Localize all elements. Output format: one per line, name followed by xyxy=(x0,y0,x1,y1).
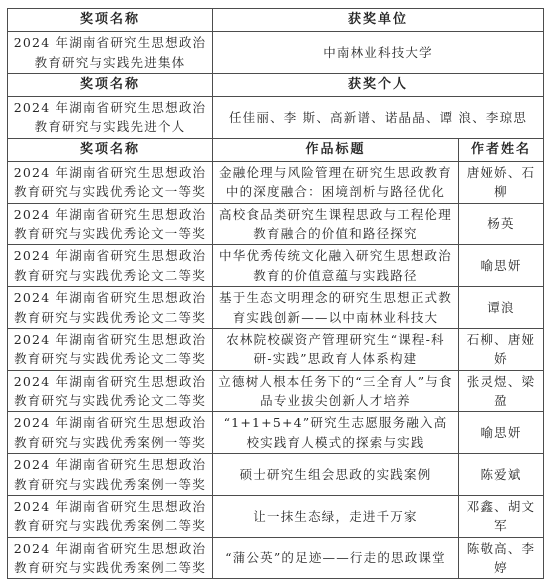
individual-award-name-cell: 2024 年湖南省研究生思想政治教育研究与实践先进个人 xyxy=(8,97,213,139)
work-title-cell: 中华优秀传统文化融入研究生思想政治教育的价值意蕴与实践路径 xyxy=(213,245,459,287)
work-authors-cell: 喻思妍 xyxy=(459,245,544,287)
works-header-work-title: 作品标题 xyxy=(213,138,459,161)
work-row: 2024 年湖南省研究生思想政治教育研究与实践优秀案例二等奖 让一抹生态绿，走进… xyxy=(8,495,544,537)
work-row: 2024 年湖南省研究生思想政治教育研究与实践优秀案例一等奖 硕士研究生组会思政… xyxy=(8,454,544,496)
work-authors-cell: 石柳、唐娅娇 xyxy=(459,328,544,370)
work-title-cell: 让一抹生态绿，走进千万家 xyxy=(213,495,459,537)
work-row: 2024 年湖南省研究生思想政治教育研究与实践优秀论文二等奖 立德树人根本任务下… xyxy=(8,370,544,412)
work-row: 2024 年湖南省研究生思想政治教育研究与实践优秀案例二等奖 “蒲公英”的足迹—… xyxy=(8,537,544,579)
unit-award-name-cell: 2024 年湖南省研究生思想政治教育研究与实践先进集体 xyxy=(8,32,213,74)
work-award-cell: 2024 年湖南省研究生思想政治教育研究与实践优秀论文二等奖 xyxy=(8,245,213,287)
unit-header-award-name: 奖项名称 xyxy=(8,9,213,32)
work-title-cell: 立德树人根本任务下的“三全育人”与食品专业拔尖创新人才培养 xyxy=(213,370,459,412)
work-award-cell: 2024 年湖南省研究生思想政治教育研究与实践优秀论文一等奖 xyxy=(8,161,213,203)
work-award-cell: 2024 年湖南省研究生思想政治教育研究与实践优秀案例二等奖 xyxy=(8,537,213,579)
work-authors-cell: 邓鑫、胡文军 xyxy=(459,495,544,537)
unit-winner-cell: 中南林业科技大学 xyxy=(213,32,544,74)
work-title-cell: “蒲公英”的足迹——行走的思政课堂 xyxy=(213,537,459,579)
work-title-cell: “1+1+5+4”研究生志愿服务融入高校实践育人模式的探索与实践 xyxy=(213,412,459,454)
awards-table: 奖项名称 获奖单位 2024 年湖南省研究生思想政治教育研究与实践先进集体 中南… xyxy=(7,8,544,579)
work-title-cell: 基于生态文明理念的研究生思想正式教育实践创新——以中南林业科技大 xyxy=(213,287,459,329)
work-title-cell: 硕士研究生组会思政的实践案例 xyxy=(213,454,459,496)
work-authors-cell: 喻思妍 xyxy=(459,412,544,454)
work-award-cell: 2024 年湖南省研究生思想政治教育研究与实践优秀论文二等奖 xyxy=(8,370,213,412)
work-award-cell: 2024 年湖南省研究生思想政治教育研究与实践优秀论文二等奖 xyxy=(8,328,213,370)
work-award-cell: 2024 年湖南省研究生思想政治教育研究与实践优秀案例一等奖 xyxy=(8,412,213,454)
unit-section-header-row: 奖项名称 获奖单位 xyxy=(8,9,544,32)
work-title-cell: 高校食品类研究生课程思政与工程伦理教育融合的价值和路径探究 xyxy=(213,203,459,245)
work-award-cell: 2024 年湖南省研究生思想政治教育研究与实践优秀案例二等奖 xyxy=(8,495,213,537)
works-header-authors: 作者姓名 xyxy=(459,138,544,161)
document-page: 奖项名称 获奖单位 2024 年湖南省研究生思想政治教育研究与实践先进集体 中南… xyxy=(0,0,550,588)
works-header-award-name: 奖项名称 xyxy=(8,138,213,161)
unit-header-winner: 获奖单位 xyxy=(213,9,544,32)
works-section-header-row: 奖项名称 作品标题 作者姓名 xyxy=(8,138,544,161)
individual-section-header-row: 奖项名称 获奖个人 xyxy=(8,73,544,96)
work-authors-cell: 杨英 xyxy=(459,203,544,245)
work-award-cell: 2024 年湖南省研究生思想政治教育研究与实践优秀论文二等奖 xyxy=(8,287,213,329)
work-title-cell: 农林院校碳资产管理研究生“课程-科研-实践”思政育人体系构建 xyxy=(213,328,459,370)
individual-header-award-name: 奖项名称 xyxy=(8,73,213,96)
work-authors-cell: 陈爱斌 xyxy=(459,454,544,496)
individual-header-winner: 获奖个人 xyxy=(213,73,544,96)
work-authors-cell: 张灵煜、梁盈 xyxy=(459,370,544,412)
work-award-cell: 2024 年湖南省研究生思想政治教育研究与实践优秀案例一等奖 xyxy=(8,454,213,496)
work-row: 2024 年湖南省研究生思想政治教育研究与实践优秀论文一等奖 高校食品类研究生课… xyxy=(8,203,544,245)
work-title-cell: 金融伦理与风险管理在研究生思政教育中的深度融合：困境剖析与路径优化 xyxy=(213,161,459,203)
work-authors-cell: 谭浪 xyxy=(459,287,544,329)
individual-winner-cell: 任佳丽、李 斯、高新谱、诺晶晶、谭 浪、李琼思 xyxy=(213,97,544,139)
work-row: 2024 年湖南省研究生思想政治教育研究与实践优秀论文二等奖 农林院校碳资产管理… xyxy=(8,328,544,370)
work-row: 2024 年湖南省研究生思想政治教育研究与实践优秀论文二等奖 基于生态文明理念的… xyxy=(8,287,544,329)
work-row: 2024 年湖南省研究生思想政治教育研究与实践优秀论文二等奖 中华优秀传统文化融… xyxy=(8,245,544,287)
work-authors-cell: 唐娅娇、石柳 xyxy=(459,161,544,203)
unit-row: 2024 年湖南省研究生思想政治教育研究与实践先进集体 中南林业科技大学 xyxy=(8,32,544,74)
individual-row: 2024 年湖南省研究生思想政治教育研究与实践先进个人 任佳丽、李 斯、高新谱、… xyxy=(8,97,544,139)
work-award-cell: 2024 年湖南省研究生思想政治教育研究与实践优秀论文一等奖 xyxy=(8,203,213,245)
work-row: 2024 年湖南省研究生思想政治教育研究与实践优秀案例一等奖 “1+1+5+4”… xyxy=(8,412,544,454)
work-row: 2024 年湖南省研究生思想政治教育研究与实践优秀论文一等奖 金融伦理与风险管理… xyxy=(8,161,544,203)
work-authors-cell: 陈敬高、李婷 xyxy=(459,537,544,579)
